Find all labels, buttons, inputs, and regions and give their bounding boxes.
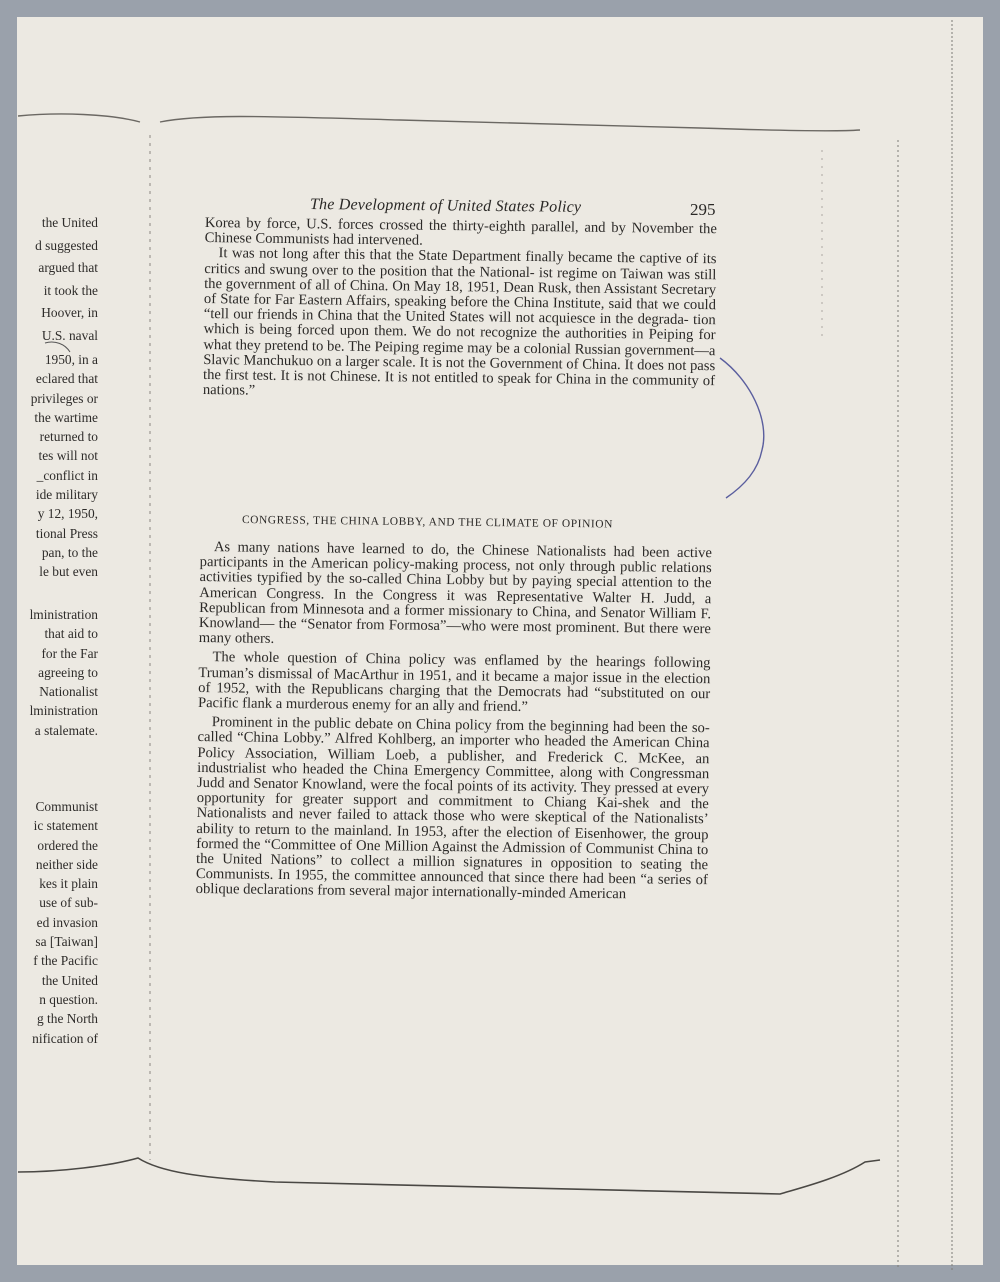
body-text-top: Korea by force, U.S. forces crossed the … bbox=[203, 216, 717, 405]
left-page-fragment-1: the United d suggested argued that it to… bbox=[18, 212, 98, 348]
fragment-line: Hoover, in bbox=[18, 302, 98, 325]
fragment-line: returned to bbox=[18, 427, 98, 446]
fragment-line: neither side bbox=[18, 855, 98, 874]
fragment-line: U.S. naval bbox=[18, 325, 98, 348]
running-head: The Development of United States Policy bbox=[310, 196, 581, 217]
text-line: nations.” bbox=[203, 382, 255, 399]
fragment-line: use of sub- bbox=[18, 893, 98, 912]
fragment-line: for the Far bbox=[18, 644, 98, 663]
paragraph: As many nations have learned to do, the … bbox=[199, 540, 712, 653]
fragment-line: the wartime bbox=[18, 408, 98, 427]
fragment-line: the United bbox=[18, 971, 98, 990]
left-page-fragment-2: 1950, in a eclared that privileges or th… bbox=[18, 350, 98, 582]
text-line: Chinese. It is not entitled to speak for… bbox=[330, 369, 715, 390]
fragment-line: lministration bbox=[18, 605, 98, 624]
fragment-line: d suggested bbox=[18, 235, 98, 258]
body-text-section: As many nations have learned to do, the … bbox=[196, 540, 712, 904]
fragment-line: y 12, 1950, bbox=[18, 504, 98, 523]
paragraph: It was not long after this that the Stat… bbox=[203, 246, 717, 404]
fragment-line: le but even bbox=[18, 562, 98, 581]
page-number: 295 bbox=[690, 200, 716, 220]
fragment-line: it took the bbox=[18, 280, 98, 303]
fragment-line: 1950, in a bbox=[18, 350, 98, 369]
fragment-line: ide military bbox=[18, 485, 98, 504]
fragment-line: f the Pacific bbox=[18, 951, 98, 970]
paragraph: Prominent in the public debate on China … bbox=[196, 715, 710, 904]
fragment-line: that aid to bbox=[18, 624, 98, 643]
fragment-line: agreeing to bbox=[18, 663, 98, 682]
fragment-line: Nationalist bbox=[18, 682, 98, 701]
fragment-line: ordered the bbox=[18, 836, 98, 855]
fragment-line: _conflict in bbox=[18, 466, 98, 485]
fragment-line: lministration bbox=[18, 701, 98, 720]
fragment-line: argued that bbox=[18, 257, 98, 280]
fragment-line: tional Press bbox=[18, 524, 98, 543]
left-page-fragment-4: Communist ic statement ordered the neith… bbox=[18, 797, 98, 1048]
fragment-line: sa [Taiwan] bbox=[18, 932, 98, 951]
fragment-line: Communist bbox=[18, 797, 98, 816]
fragment-line: a stalemate. bbox=[18, 721, 98, 740]
fragment-line: eclared that bbox=[18, 369, 98, 388]
fragment-line: nification of bbox=[18, 1029, 98, 1048]
fragment-line: ed invasion bbox=[18, 913, 98, 932]
left-page-fragment-3: lministration that aid to for the Far ag… bbox=[18, 605, 98, 740]
fragment-line: ic statement bbox=[18, 816, 98, 835]
fragment-line: n question. bbox=[18, 990, 98, 1009]
fragment-line: the United bbox=[18, 212, 98, 235]
fragment-line: kes it plain bbox=[18, 874, 98, 893]
fragment-line: g the North bbox=[18, 1009, 98, 1028]
fragment-line: pan, to the bbox=[18, 543, 98, 562]
paragraph: The whole question of China policy was e… bbox=[198, 650, 711, 717]
text-line: many others. bbox=[199, 630, 275, 647]
fragment-line: privileges or bbox=[18, 389, 98, 408]
fragment-line: tes will not bbox=[18, 446, 98, 465]
text-line: for an ally and friend.” bbox=[394, 697, 527, 715]
